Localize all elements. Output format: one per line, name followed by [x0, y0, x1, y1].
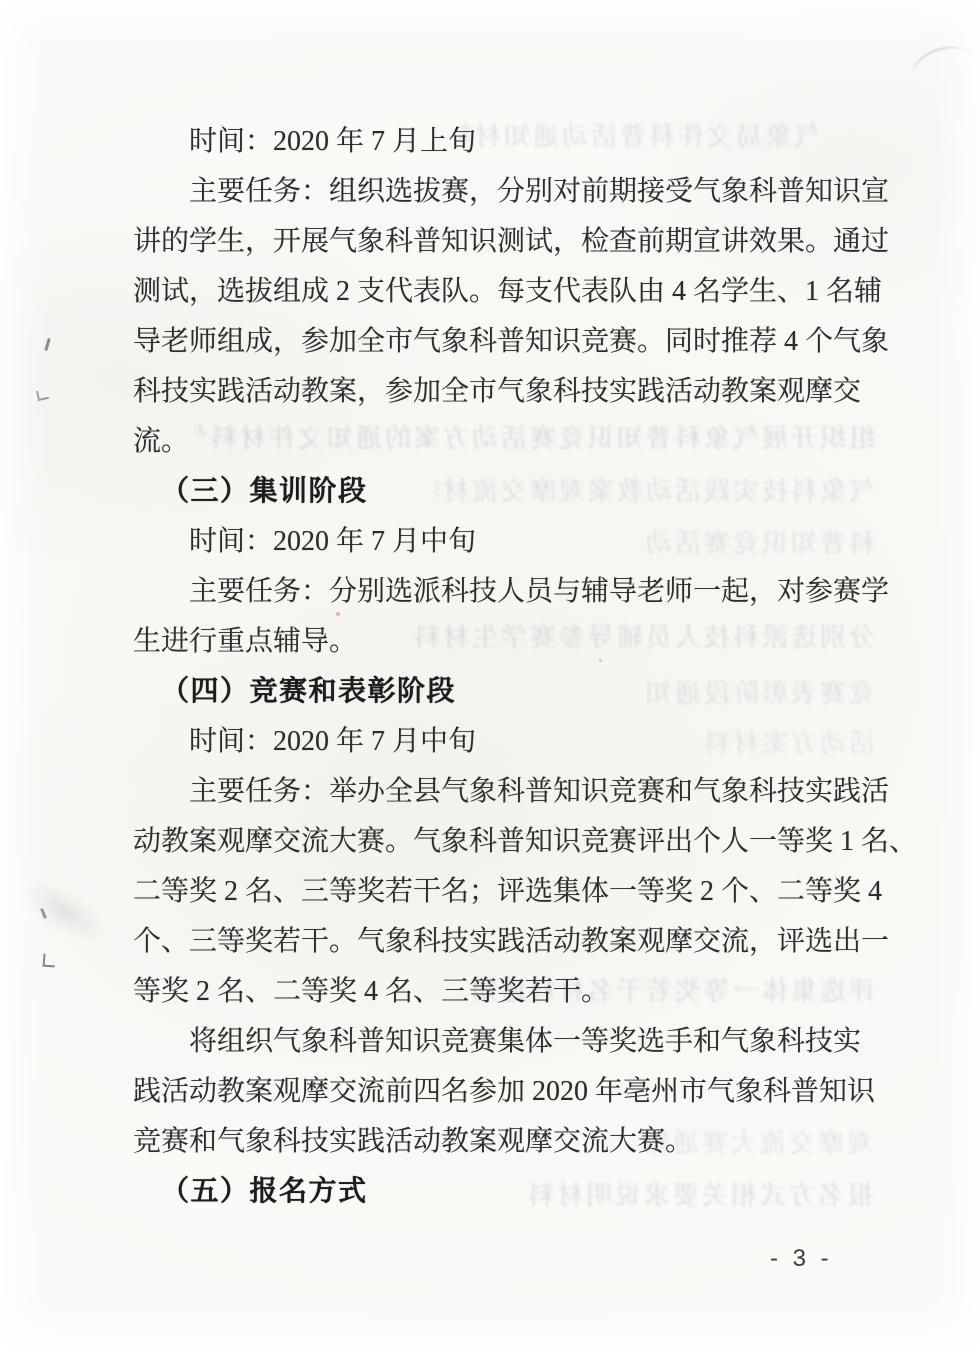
document-body: 时间：2020 年 7 月上旬 主要任务：组织选拔赛，分别对前期接受气象科普知识… [133, 117, 873, 1217]
scan-smudge [908, 39, 979, 94]
scan-speck [43, 954, 56, 968]
body-line: 流。 [133, 417, 873, 467]
body-line: 科技实践活动教案，参加全市气象科技实践活动教案观摩交 [133, 367, 873, 417]
body-line: 主要任务：分别选派科技人员与辅导老师一起，对参赛学 [133, 567, 873, 617]
body-line: 讲的学生，开展气象科普知识测试，检查前期宣讲效果。通过 [133, 217, 873, 267]
body-line: 主要任务：组织选拔赛，分别对前期接受气象科普知识宣 [133, 167, 873, 217]
page-number: - 3 - [770, 1245, 833, 1273]
body-line: 时间：2020 年 7 月中旬 [133, 717, 873, 767]
scan-speck [44, 338, 50, 351]
body-line: 导老师组成，参加全市气象科普知识竞赛。同时推荐 4 个气象 [133, 317, 873, 367]
body-line: 时间：2020 年 7 月中旬 [133, 517, 873, 567]
section-heading: （五）报名方式 [133, 1167, 873, 1217]
body-line: 时间：2020 年 7 月上旬 [133, 117, 873, 167]
body-line: 等奖 2 名、二等奖 4 名、三等奖若干。 [133, 967, 873, 1017]
section-heading: （四）竞赛和表彰阶段 [133, 667, 873, 717]
body-line: 动教案观摩交流大赛。气象科普知识竞赛评出个人一等奖 1 名、 [133, 817, 873, 867]
body-line: 竞赛和气象科技实践活动教案观摩交流大赛。 [133, 1117, 873, 1167]
scanned-document-page: 气象局文件科普活动通知材料 组织开展气象科普知识竞赛活动方案的通知文件材料气象科… [0, 0, 980, 1348]
body-line: 二等奖 2 名、三等奖若干名；评选集体一等奖 2 个、二等奖 4 [133, 867, 873, 917]
scan-speck [36, 389, 49, 401]
body-line: 生进行重点辅导。 [133, 617, 873, 667]
body-line: 主要任务：举办全县气象科普知识竞赛和气象科技实践活 [133, 767, 873, 817]
scan-speck [40, 908, 47, 919]
section-heading: （三）集训阶段 [133, 467, 873, 517]
body-line: 个、三等奖若干。气象科技实践活动教案观摩交流，评选出一 [133, 917, 873, 967]
body-line: 将组织气象科普知识竞赛集体一等奖选手和气象科技实 [133, 1017, 873, 1067]
body-line: 测试，选拔组成 2 支代表队。每支代表队由 4 名学生、1 名辅 [133, 267, 873, 317]
body-line: 践活动教案观摩交流前四名参加 2020 年亳州市气象科普知识 [133, 1067, 873, 1117]
